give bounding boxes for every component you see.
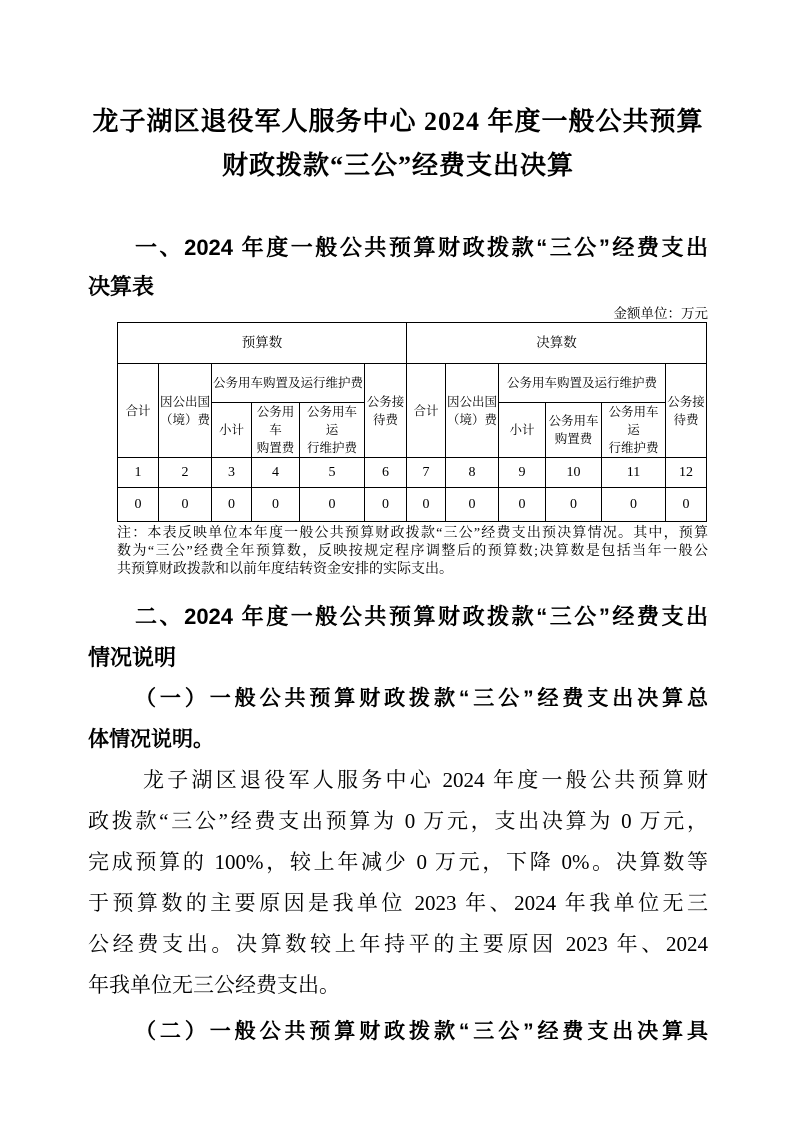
value-cell: 0 (602, 488, 666, 522)
budget-group-header: 预算数 (118, 323, 407, 364)
final-group-header: 决算数 (407, 323, 707, 364)
subsection1-heading: （一）一般公共预算财政拨款“三公”经费支出决算总 体情况说明。 (88, 678, 708, 760)
table-note-line-2: 数为“三公”经费全年预算数，反映按规定程序调整后的预算数;决算数是包括当年一般公 (117, 543, 708, 561)
value-cell: 0 (499, 488, 546, 522)
value-cell: 0 (118, 488, 159, 522)
value-cell: 0 (252, 488, 300, 522)
section2-heading-line-2: 情况说明 (88, 637, 708, 678)
final-col-maintenance: 公务用车运 行维护费 (602, 403, 666, 458)
budget-col-subtotal: 小计 (212, 403, 252, 458)
final-col-vehicle-group: 公务用车购置及运行维护费 (499, 364, 666, 403)
budget-col-maintenance: 公务用车运 行维护费 (300, 403, 365, 458)
value-cell: 0 (546, 488, 602, 522)
index-cell: 10 (546, 458, 602, 488)
overview-paragraph: 龙子湖区退役军人服务中心 2024 年度一般公共预算财 政拨款“三公”经费支出预… (88, 760, 708, 1006)
final-col-subtotal: 小计 (499, 403, 546, 458)
value-row: 0 0 0 0 0 0 0 0 0 0 0 0 (118, 488, 707, 522)
value-cell: 0 (446, 488, 499, 522)
paragraph-line: 年我单位无三公经费支出。 (88, 965, 708, 1006)
value-cell: 0 (666, 488, 707, 522)
unit-label: 金额单位：万元 (88, 306, 708, 322)
section2-heading: 二、2024 年度一般公共预算财政拨款“三公”经费支出 情况说明 (88, 596, 708, 678)
section1-heading-line-1: 一、2024 年度一般公共预算财政拨款“三公”经费支出 (88, 228, 708, 267)
index-cell: 12 (666, 458, 707, 488)
index-cell: 9 (499, 458, 546, 488)
subsection2-heading: （二）一般公共预算财政拨款“三公”经费支出决算具 (88, 1011, 708, 1052)
index-cell: 1 (118, 458, 159, 488)
index-cell: 5 (300, 458, 365, 488)
document-title-line-2: 财政拨款“三公”经费支出决算 (88, 144, 708, 188)
final-col-purchase: 公务用车 购置费 (546, 403, 602, 458)
budget-col-total: 合计 (118, 364, 159, 458)
index-cell: 2 (159, 458, 212, 488)
budget-col-vehicle-group: 公务用车购置及运行维护费 (212, 364, 365, 403)
three-public-expense-table: 预算数 决算数 合计 因公出国 （境）费 公务用车购置及运行维护费 公务接 待费… (117, 322, 707, 522)
table-note-line-3: 共预算财政拨款和以前年度结转资金安排的实际支出。 (117, 561, 708, 579)
budget-col-abroad: 因公出国 （境）费 (159, 364, 212, 458)
index-cell: 3 (212, 458, 252, 488)
index-cell: 7 (407, 458, 446, 488)
index-cell: 4 (252, 458, 300, 488)
paragraph-line: 公经费支出。决算数较上年持平的主要原因 2023 年、2024 (88, 924, 708, 965)
final-col-reception: 公务接 待费 (666, 364, 707, 458)
section1-heading-line-2: 决算表 (88, 267, 708, 306)
section1-heading: 一、2024 年度一般公共预算财政拨款“三公”经费支出 决算表 (88, 228, 708, 306)
final-col-abroad: 因公出国 （境）费 (446, 364, 499, 458)
table-note: 注：本表反映单位本年度一般公共预算财政拨款“三公”经费支出预决算情况。其中，预算… (117, 525, 708, 579)
paragraph-line: 政拨款“三公”经费支出预算为 0 万元，支出决算为 0 万元， (88, 801, 708, 842)
index-cell: 6 (365, 458, 407, 488)
value-cell: 0 (300, 488, 365, 522)
paragraph-line: 龙子湖区退役军人服务中心 2024 年度一般公共预算财 (88, 760, 708, 801)
value-cell: 0 (407, 488, 446, 522)
document-title-line-1: 龙子湖区退役军人服务中心 2024 年度一般公共预算 (88, 100, 708, 144)
column-index-row: 1 2 3 4 5 6 7 8 9 10 11 12 (118, 458, 707, 488)
table-note-line-1: 注：本表反映单位本年度一般公共预算财政拨款“三公”经费支出预决算情况。其中，预算 (117, 525, 708, 543)
final-col-total: 合计 (407, 364, 446, 458)
document-title: 龙子湖区退役军人服务中心 2024 年度一般公共预算 财政拨款“三公”经费支出决… (88, 100, 708, 188)
index-cell: 11 (602, 458, 666, 488)
subsection2-heading-line-1: （二）一般公共预算财政拨款“三公”经费支出决算具 (88, 1011, 708, 1052)
value-cell: 0 (212, 488, 252, 522)
index-cell: 8 (446, 458, 499, 488)
budget-col-reception: 公务接 待费 (365, 364, 407, 458)
subsection1-heading-line-1: （一）一般公共预算财政拨款“三公”经费支出决算总 (88, 678, 708, 719)
subsection1-heading-line-2: 体情况说明。 (88, 719, 708, 760)
document-page: 龙子湖区退役军人服务中心 2024 年度一般公共预算 财政拨款“三公”经费支出决… (0, 0, 793, 1122)
value-cell: 0 (159, 488, 212, 522)
value-cell: 0 (365, 488, 407, 522)
section2-heading-line-1: 二、2024 年度一般公共预算财政拨款“三公”经费支出 (88, 596, 708, 637)
paragraph-line: 于预算数的主要原因是我单位 2023 年、2024 年我单位无三 (88, 883, 708, 924)
budget-col-purchase: 公务用车 购置费 (252, 403, 300, 458)
paragraph-line: 完成预算的 100%，较上年减少 0 万元，下降 0%。决算数等 (88, 842, 708, 883)
